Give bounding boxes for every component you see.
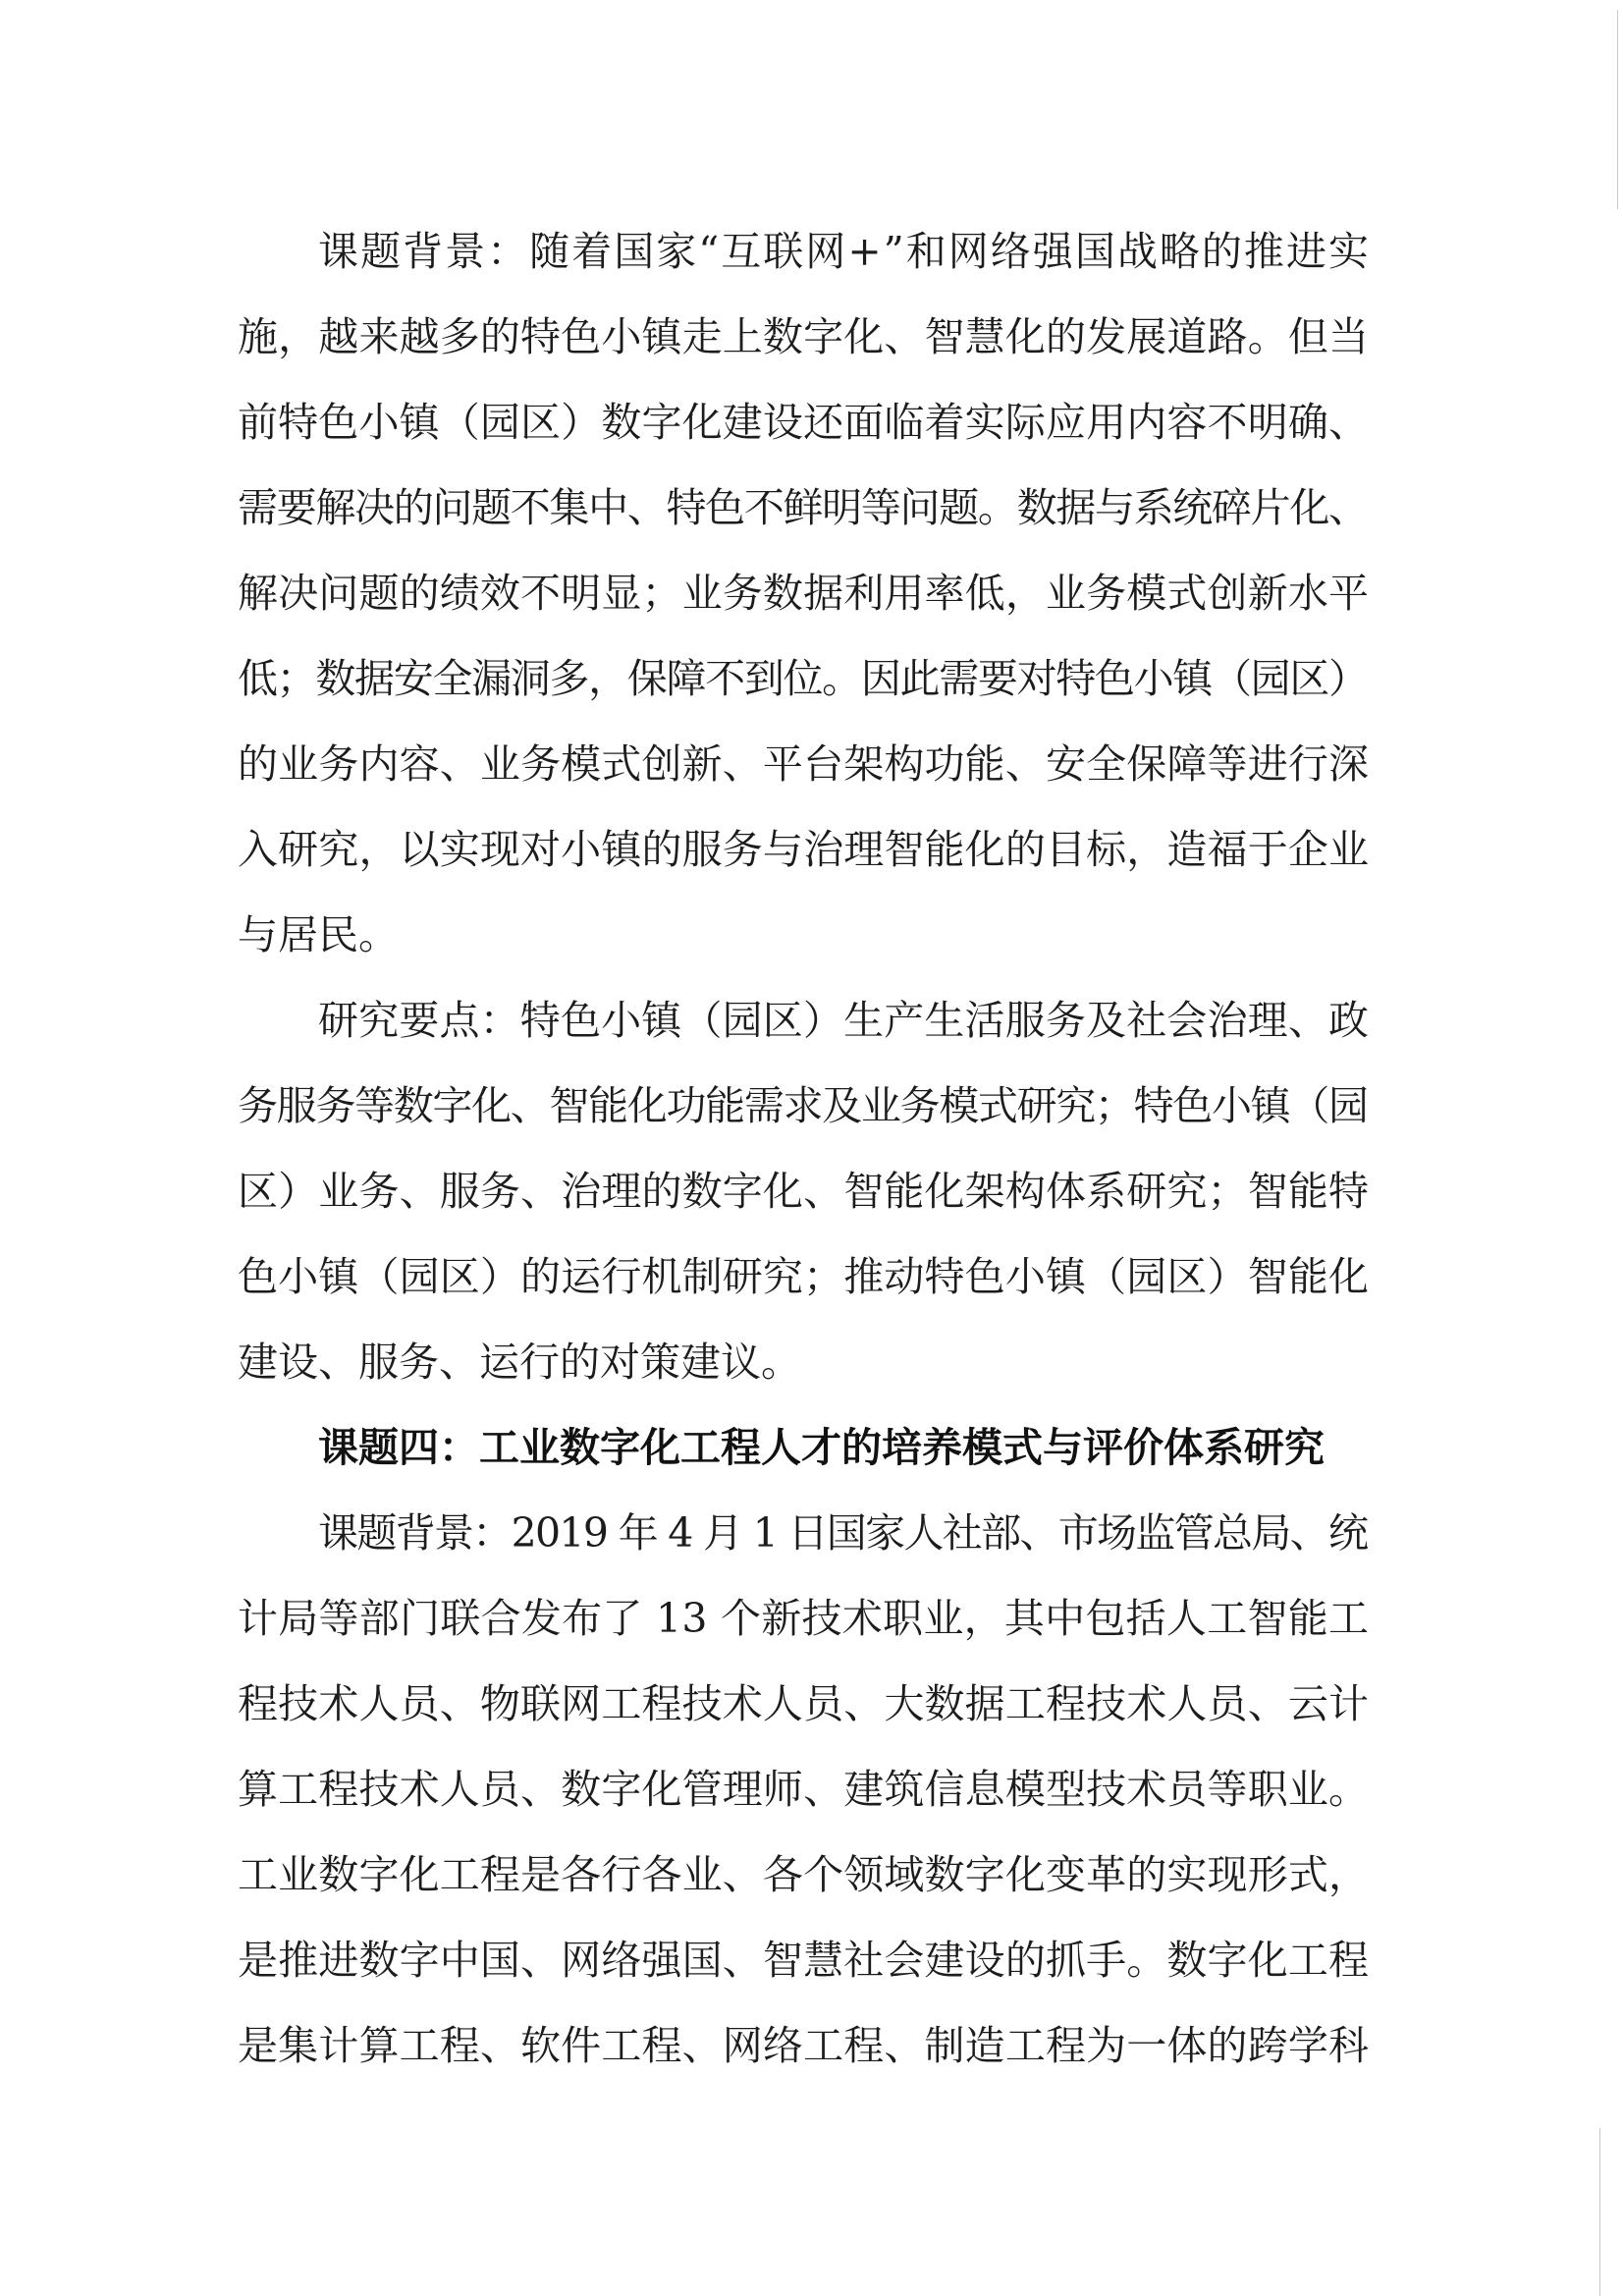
paragraph-background-digital-engineering: 课题背景：2019 年 4 月 1 日国家人社部、市场监管总局、统 计局等部门联…: [238, 1491, 1369, 2089]
text-line: 务服务等数字化、智能化功能需求及业务模式研究；特色小镇（园: [238, 1064, 1369, 1149]
heading-text: 课题四：工业数字化工程人才的培养模式与评价体系研究: [318, 1405, 1325, 1491]
text-line: 建设、服务、运行的对策建议。: [238, 1320, 1369, 1405]
text-line: 研究要点：特色小镇（园区）生产生活服务及社会治理、政: [238, 978, 1369, 1064]
text-line: 算工程技术人员、数字化管理师、建筑信息模型技术员等职业。: [238, 1747, 1369, 1832]
text-line-content: 的业务内容、业务模式创新、平台架构功能、安全保障等进行深: [238, 722, 1369, 807]
text-line: 低；数据安全漏洞多，保障不到位。因此需要对特色小镇（园区）: [238, 636, 1369, 722]
text-line-content: 程技术人员、物联网工程技术人员、大数据工程技术人员、云计: [238, 1662, 1369, 1747]
text-line-content: 是推进数字中国、网络强国、智慧社会建设的抓手。数字化工程: [238, 1918, 1369, 2003]
text-line: 区）业务、服务、治理的数字化、智能化架构体系研究；智能特: [238, 1149, 1369, 1234]
document-page: 课题背景：随着国家“互联网+”和网络强国战略的推进实 施，越来越多的特色小镇走上…: [0, 0, 1623, 2296]
text-line-content: 与居民。: [238, 893, 399, 978]
scan-edge-line: [1599, 2128, 1600, 2296]
text-line: 课题背景：2019 年 4 月 1 日国家人社部、市场监管总局、统: [238, 1491, 1369, 1576]
paragraph-background-smart-town: 课题背景：随着国家“互联网+”和网络强国战略的推进实 施，越来越多的特色小镇走上…: [238, 209, 1369, 978]
text-line: 是推进数字中国、网络强国、智慧社会建设的抓手。数字化工程: [238, 1918, 1369, 2003]
text-line-content: 前特色小镇（园区）数字化建设还面临着实际应用内容不明确、: [238, 380, 1369, 465]
text-line-content: 施，越来越多的特色小镇走上数字化、智慧化的发展道路。但当: [238, 295, 1369, 380]
text-line-content: 计局等部门联合发布了 13 个新技术职业，其中包括人工智能工: [238, 1576, 1369, 1662]
text-line-content: 课题背景：2019 年 4 月 1 日国家人社部、市场监管总局、统: [318, 1491, 1367, 1576]
text-line-content: 算工程技术人员、数字化管理师、建筑信息模型技术员等职业。: [238, 1747, 1369, 1832]
text-line-content: 建设、服务、运行的对策建议。: [238, 1320, 801, 1405]
text-line-content: 入研究，以实现对小镇的服务与治理智能化的目标，造福于企业: [238, 807, 1369, 893]
text-line-content: 课题背景：随着国家“互联网+”和网络强国战略的推进实: [318, 209, 1371, 295]
text-line: 色小镇（园区）的运行机制研究；推动特色小镇（园区）智能化: [238, 1234, 1369, 1320]
text-line: 是集计算工程、软件工程、网络工程、制造工程为一体的跨学科: [238, 2003, 1369, 2089]
paragraph-research-points: 研究要点：特色小镇（园区）生产生活服务及社会治理、政 务服务等数字化、智能化功能…: [238, 978, 1369, 1405]
text-line: 与居民。: [238, 893, 1369, 978]
text-line-content: 务服务等数字化、智能化功能需求及业务模式研究；特色小镇（园: [238, 1064, 1368, 1149]
text-line: 解决问题的绩效不明显；业务数据利用率低，业务模式创新水平: [238, 551, 1369, 636]
text-line-content: 解决问题的绩效不明显；业务数据利用率低，业务模式创新水平: [238, 551, 1369, 636]
text-line-content: 工业数字化工程是各行各业、各个领域数字化变革的实现形式，: [238, 1832, 1369, 1918]
text-line: 前特色小镇（园区）数字化建设还面临着实际应用内容不明确、: [238, 380, 1369, 465]
scan-edge-line: [1617, 10, 1618, 209]
text-line: 工业数字化工程是各行各业、各个领域数字化变革的实现形式，: [238, 1832, 1369, 1918]
text-line: 入研究，以实现对小镇的服务与治理智能化的目标，造福于企业: [238, 807, 1369, 893]
text-line: 计局等部门联合发布了 13 个新技术职业，其中包括人工智能工: [238, 1576, 1369, 1662]
section-heading: 课题四：工业数字化工程人才的培养模式与评价体系研究: [238, 1405, 1369, 1491]
text-line-content: 研究要点：特色小镇（园区）生产生活服务及社会治理、政: [318, 978, 1369, 1064]
text-line: 施，越来越多的特色小镇走上数字化、智慧化的发展道路。但当: [238, 295, 1369, 380]
text-line-content: 区）业务、服务、治理的数字化、智能化架构体系研究；智能特: [238, 1149, 1369, 1234]
text-line: 程技术人员、物联网工程技术人员、大数据工程技术人员、云计: [238, 1662, 1369, 1747]
heading-topic-four: 课题四：工业数字化工程人才的培养模式与评价体系研究: [238, 1405, 1369, 1491]
text-line-content: 是集计算工程、软件工程、网络工程、制造工程为一体的跨学科: [238, 2003, 1369, 2089]
document-body: 课题背景：随着国家“互联网+”和网络强国战略的推进实 施，越来越多的特色小镇走上…: [238, 209, 1369, 2089]
text-line-content: 需要解决的问题不集中、特色不鲜明等问题。数据与系统碎片化、: [238, 465, 1368, 551]
text-line: 需要解决的问题不集中、特色不鲜明等问题。数据与系统碎片化、: [238, 465, 1369, 551]
text-line-content: 低；数据安全漏洞多，保障不到位。因此需要对特色小镇（园区）: [238, 636, 1368, 722]
text-line-content: 色小镇（园区）的运行机制研究；推动特色小镇（园区）智能化: [238, 1234, 1369, 1320]
text-line: 课题背景：随着国家“互联网+”和网络强国战略的推进实: [238, 209, 1369, 295]
text-line: 的业务内容、业务模式创新、平台架构功能、安全保障等进行深: [238, 722, 1369, 807]
